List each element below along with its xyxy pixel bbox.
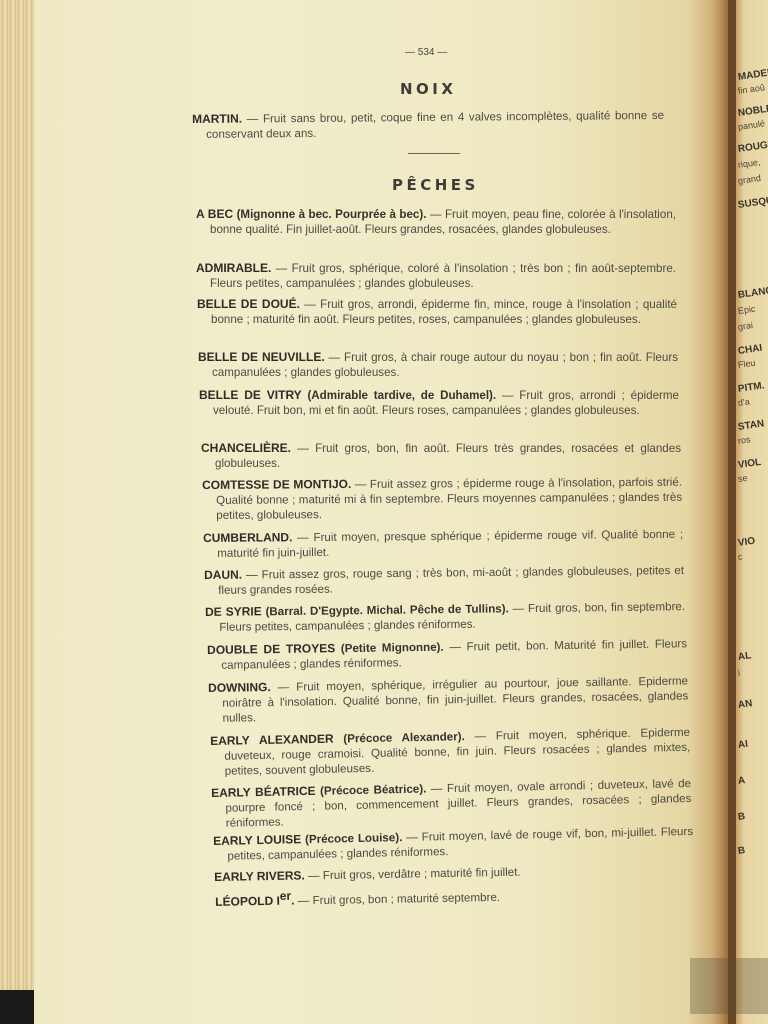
entry-name: CHANCELIÈRE. (201, 441, 291, 455)
page-number: — 534 — (405, 47, 447, 58)
entry-name: DOWNING. (208, 680, 271, 695)
entry-leopold-ier: LÉOPOLD Ier. — Fruit gros, bon ; maturit… (215, 882, 695, 910)
entry-name: EARLY ALEXANDER (210, 732, 334, 748)
entry-name: EARLY LOUISE (213, 832, 301, 848)
entry-name: DOUBLE DE TROYES (207, 641, 335, 657)
entry-cumberland: CUMBERLAND. — Fruit moyen, presque sphér… (203, 527, 683, 562)
entry-synonyms: (Mignonne à bec. Pourprée à bec). (233, 208, 426, 221)
entry-double-de-troyes: DOUBLE DE TROYES (Petite Mignonne). — Fr… (207, 636, 687, 673)
entry-description: — Fruit moyen, sphérique, irrégulier au … (222, 674, 688, 725)
entry-description: — Fruit assez gros, rouge sang ; très bo… (218, 564, 684, 597)
section-title-noix: NOIX (400, 80, 456, 98)
entry-synonyms: (Précoce Béatrice). (315, 782, 426, 797)
entry-name: CUMBERLAND. (203, 530, 292, 545)
entry-name: ADMIRABLE. (196, 261, 271, 275)
entry-synonyms: (Petite Mignonne). (335, 641, 444, 656)
entry-a-bec: A BEC (Mignonne à bec. Pourprée à bec). … (196, 207, 676, 237)
entry-early-rivers: EARLY RIVERS. — Fruit gros, verdâtre ; m… (214, 862, 694, 886)
entry-belle-de-vitry: BELLE DE VITRY (Admirable tardive, de Du… (199, 388, 679, 418)
entry-name-superscript: er (280, 889, 292, 903)
entry-description: — Fruit gros, bon ; maturité septembre. (294, 891, 500, 908)
entry-admirable: ADMIRABLE. — Fruit gros, sphérique, colo… (196, 261, 676, 291)
entry-name: COMTESSE DE MONTIJO. (202, 477, 351, 492)
entry-daun: DAUN. — Fruit assez gros, rouge sang ; t… (204, 563, 684, 598)
entry-martin: MARTIN. — Fruit sans brou, petit, coque … (192, 108, 664, 143)
entry-early-beatrice: EARLY BÉATRICE (Précoce Béatrice). — Fru… (211, 776, 692, 832)
entry-name: EARLY BÉATRICE (211, 784, 316, 800)
entry-comtesse-de-montijo: COMTESSE DE MONTIJO. — Fruit assez gros … (202, 475, 682, 524)
entry-synonyms: (Admirable tardive, de Duhamel). (302, 389, 496, 402)
entry-downing: DOWNING. — Fruit moyen, sphérique, irrég… (208, 673, 689, 726)
entry-name: BELLE DE VITRY (199, 388, 302, 402)
page-content: — 534 — NOIX MARTIN. — Fruit sans brou, … (0, 0, 768, 1024)
entry-name: EARLY RIVERS. (214, 868, 305, 884)
entry-name: MARTIN. (192, 112, 242, 126)
entry-synonyms: (Précoce Louise). (301, 831, 402, 846)
entry-name: BELLE DE DOUÉ. (197, 297, 300, 311)
entry-belle-de-neuville: BELLE DE NEUVILLE. — Fruit gros, à chair… (198, 350, 678, 380)
entry-de-syrie: DE SYRIE (Barral. D'Egypte. Michal. Pêch… (205, 599, 685, 635)
entry-synonyms: (Barral. D'Egypte. Michal. Pêche de Tull… (262, 602, 509, 618)
entry-name: BELLE DE NEUVILLE. (198, 350, 325, 364)
entry-name: LÉOPOLD I (215, 894, 280, 909)
section-divider (408, 153, 460, 154)
entry-name: DAUN. (204, 568, 242, 582)
entry-name: DE SYRIE (205, 604, 262, 619)
entry-description: — Fruit gros, sphérique, coloré à l'inso… (210, 262, 676, 290)
entry-belle-de-doue: BELLE DE DOUÉ. — Fruit gros, arrondi, ép… (197, 297, 677, 327)
entry-synonyms: (Précoce Alexander). (333, 730, 464, 746)
entry-description: — Fruit gros, verdâtre ; maturité fin ju… (305, 866, 521, 883)
entry-name: A BEC (196, 207, 233, 221)
section-title-peches: PÊCHES (392, 176, 479, 194)
entry-chanceliere: CHANCELIÈRE. — Fruit gros, bon, fin août… (201, 441, 681, 471)
entry-description: — Fruit sans brou, petit, coque fine en … (206, 109, 664, 141)
entry-early-alexander: EARLY ALEXANDER (Précoce Alexander). — F… (210, 725, 691, 780)
